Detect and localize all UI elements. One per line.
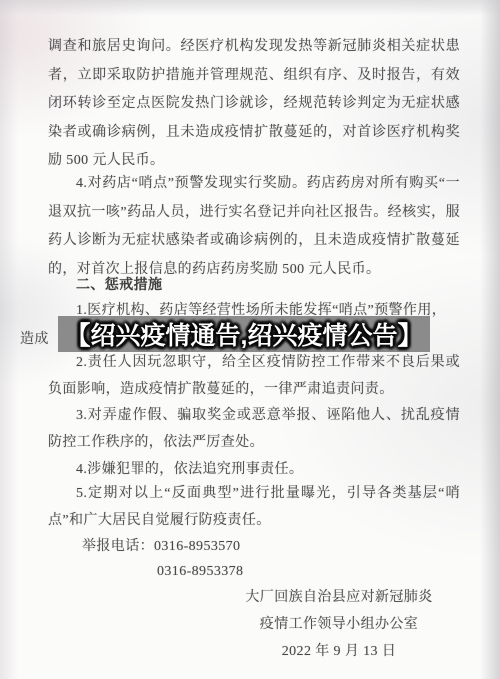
hotline-number-2: 0316-8953378	[157, 558, 357, 585]
para-item5-exposure: 5.定期对以上“反面典型”进行批量曝光，引导各类基层“哨点”和广大居民自觉履行防…	[48, 481, 460, 535]
signature-date: 2022 年 9 月 13 日	[230, 638, 448, 665]
section-heading-punishment-measures: 二、惩戒措施	[48, 272, 460, 299]
signature-block: 大厂回族自治县应对新冠肺炎 疫情工作领导小组办公室 2022 年 9 月 13 …	[230, 584, 448, 665]
para-first-diagnosis-reward: 调查和旅居史询问。经医疗机构发现发热等新冠肺炎相关症状患者，立即采取防护措施并管…	[48, 33, 460, 176]
hotline-number-1: 举报电话：0316-8953570	[82, 533, 342, 560]
scanned-notice-page: 调查和旅居史询问。经医疗机构发现发热等新冠肺炎相关症状患者，立即采取防护措施并管…	[0, 0, 500, 679]
signature-org-line2: 疫情工作领导小组办公室	[230, 611, 448, 638]
para-pharmacy-sentinel-reward: 4.对药店“哨点”预警发现实行奖励。药店药房对所有购买“一退双抗一咳”药品人员，…	[48, 170, 460, 284]
para-item3-fraud: 3.对弄虚作假、骗取奖金或恶意举报、诬陷他人、扰乱疫情防控工作秩序的，依法严厉查…	[48, 403, 460, 457]
watermark-caption-band: 【绍兴疫情通告,绍兴疫情公告】	[58, 316, 430, 352]
watermark-caption-text: 【绍兴疫情通告,绍兴疫情公告】	[66, 316, 423, 352]
signature-org-line1: 大厂回族自治县应对新冠肺炎	[230, 584, 448, 611]
para-item2-negligence: 2.责任人因玩忽职守，给全区疫情防控工作带来不良后果或负面影响，造成疫情扩散蔓延…	[48, 350, 460, 403]
para-item4-criminal-liability: 4.涉嫌犯罪的，依法追究刑事责任。	[48, 456, 460, 483]
